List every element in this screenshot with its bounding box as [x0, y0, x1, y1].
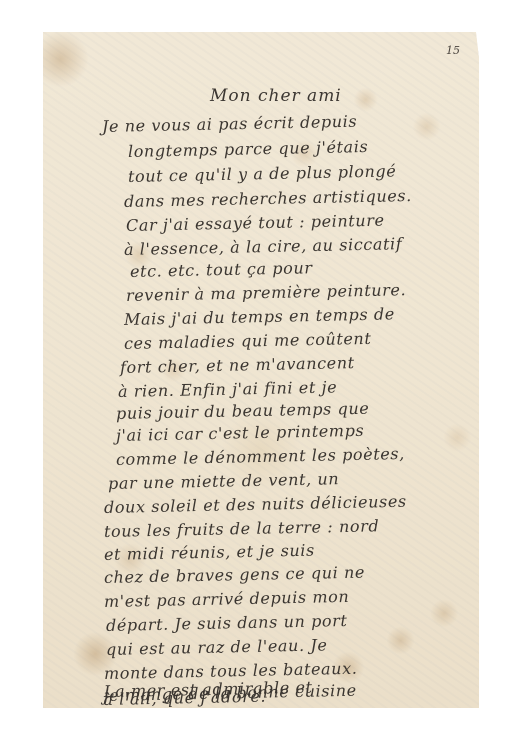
- letter-salutation: Mon cher ami: [210, 86, 342, 106]
- letter-line: etc. etc. tout ça pour: [130, 258, 313, 281]
- letter-line: à l'ail, que j'adore.: [103, 687, 266, 709]
- page-number: 15: [446, 44, 460, 57]
